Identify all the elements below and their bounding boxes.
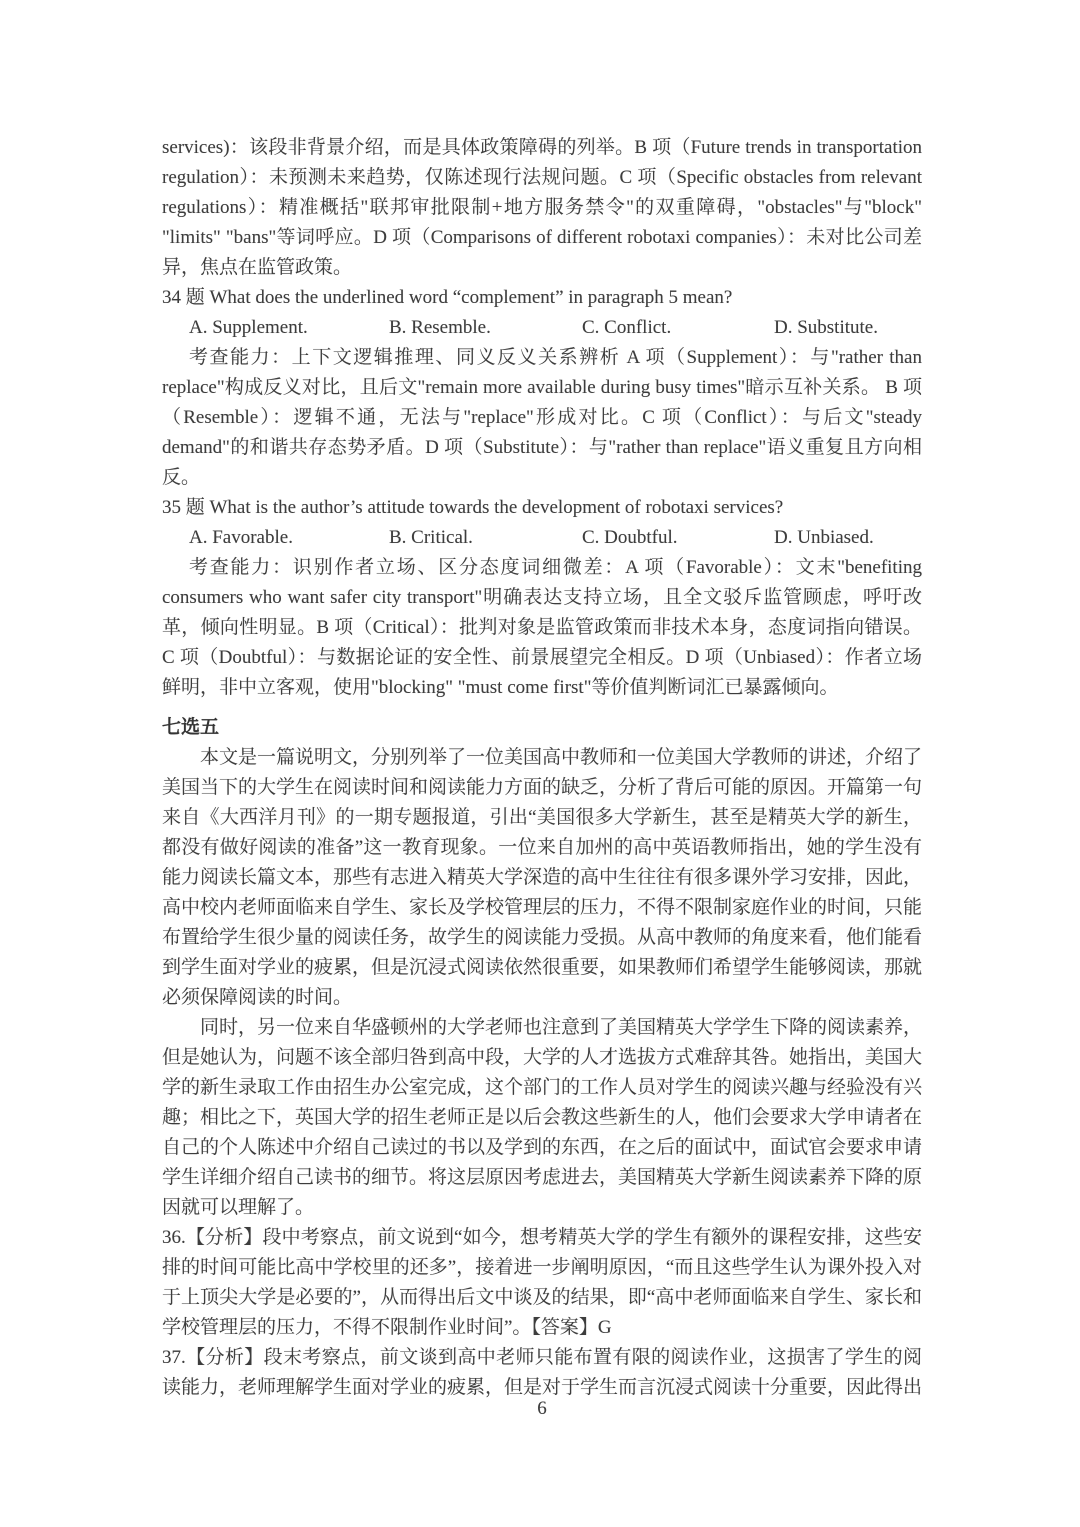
page-number: 6 xyxy=(162,1394,922,1424)
summary-paragraph-1: 本文是一篇说明文，分别列举了一位美国高中教师和一位美国大学教师的讲述，介绍了美国… xyxy=(162,743,922,1013)
question-34-option-b: B. Resemble. xyxy=(389,313,491,343)
document-page: services)：该段非背景介绍，而是具体政策障碍的列举。B 项（Future… xyxy=(0,0,1080,1527)
summary-paragraph-2: 同时，另一位来自华盛顿州的大学老师也注意到了美国精英大学学生下降的阅读素养，但是… xyxy=(162,1013,922,1223)
question-34-explanation: 考查能力：上下文逻辑推理、同义反义关系辨析 A 项（Supplement）：与"… xyxy=(162,343,922,493)
question-35-options: A. Favorable. B. Critical. C. Doubtful. … xyxy=(162,523,922,553)
content-area: services)：该段非背景介绍，而是具体政策障碍的列举。B 项（Future… xyxy=(162,133,922,1403)
question-35-option-d: D. Unbiased. xyxy=(774,523,874,553)
question-35-option-b: B. Critical. xyxy=(389,523,473,553)
question-34-option-d: D. Substitute. xyxy=(774,313,878,343)
question-35-explanation: 考查能力：识别作者立场、区分态度词细微差：A 项（Favorable）：文末"b… xyxy=(162,553,922,703)
section-heading: 七选五 xyxy=(162,713,922,743)
question-34-option-a: A. Supplement. xyxy=(189,313,308,343)
question-35-stem: 35 题 What is the author’s attitude towar… xyxy=(162,493,922,523)
analysis-item-36: 36.【分析】段中考察点，前文说到“如今，想考精英大学的学生有额外的课程安排，这… xyxy=(162,1223,922,1343)
question-35-option-a: A. Favorable. xyxy=(189,523,293,553)
question-35-option-c: C. Doubtful. xyxy=(582,523,678,553)
question-34-option-c: C. Conflict. xyxy=(582,313,671,343)
continuation-paragraph: services)：该段非背景介绍，而是具体政策障碍的列举。B 项（Future… xyxy=(162,133,922,283)
question-34-stem: 34 题 What does the underlined word “comp… xyxy=(162,283,922,313)
question-34-options: A. Supplement. B. Resemble. C. Conflict.… xyxy=(162,313,922,343)
